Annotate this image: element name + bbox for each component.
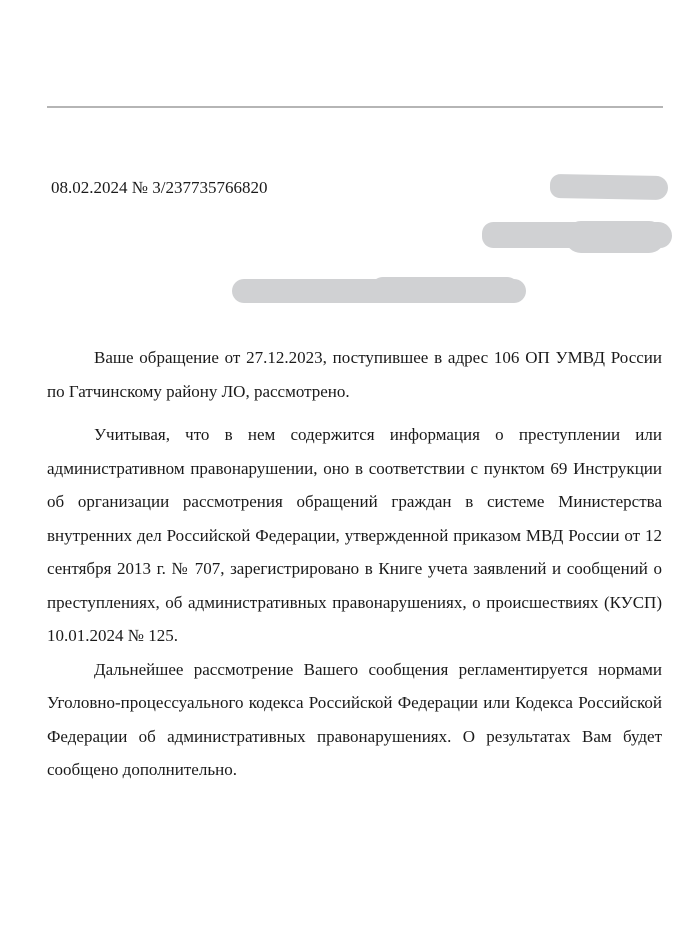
paragraph-1: Ваше обращение от 27.12.2023, поступивше…: [47, 341, 662, 408]
document-reference: 08.02.2024 № 3/237735766820: [51, 178, 267, 198]
paragraph-2: Учитывая, что в нем содержится информаци…: [47, 418, 662, 653]
redacted-recipient-line-2-blob: [565, 221, 665, 253]
paragraph-3: Дальнейшее рассмотрение Вашего сообщения…: [47, 653, 662, 787]
redacted-recipient-line-1: [550, 174, 668, 200]
redacted-title-blob: [370, 277, 520, 303]
letter-body: Ваше обращение от 27.12.2023, поступивше…: [47, 341, 662, 787]
header-divider: [47, 106, 663, 108]
